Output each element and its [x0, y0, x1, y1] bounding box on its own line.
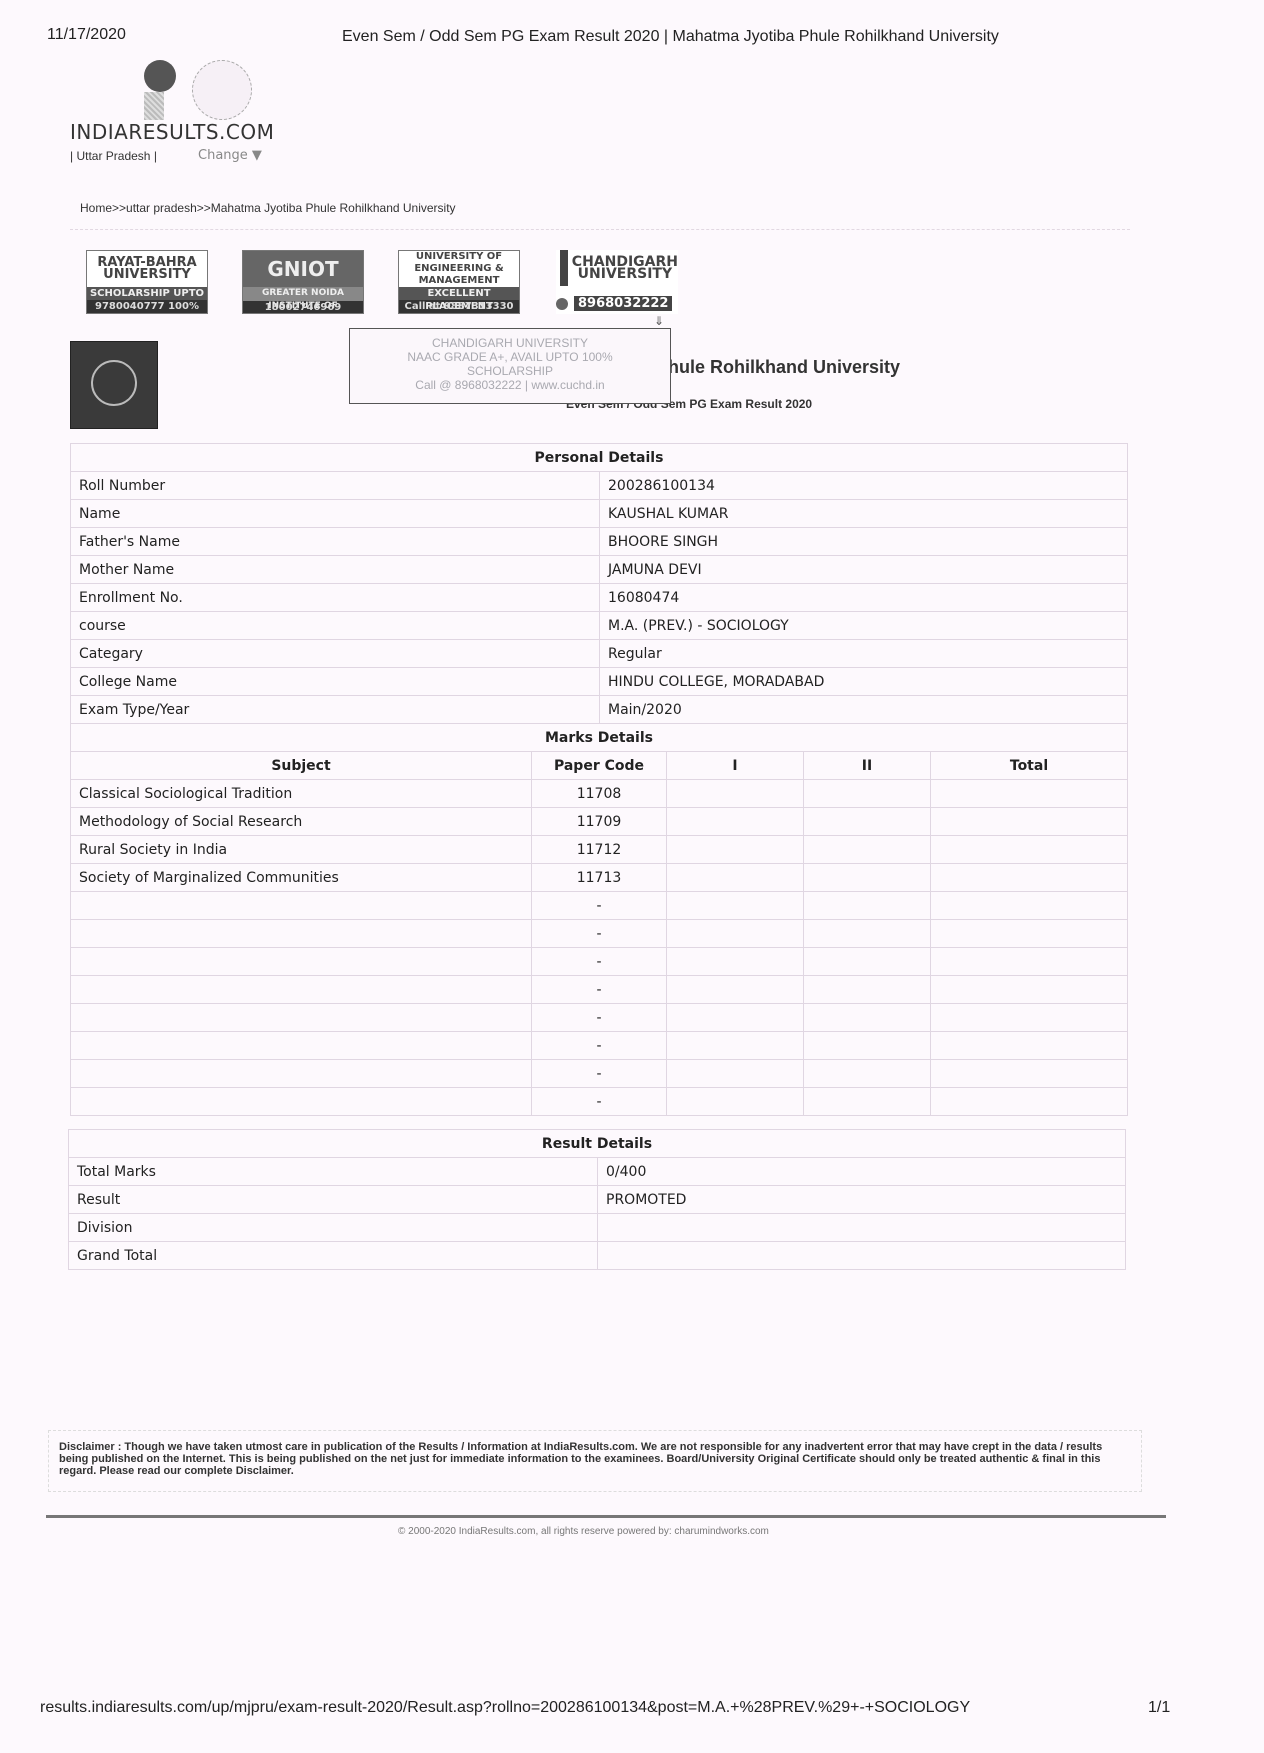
marks-ii-cell — [804, 864, 931, 892]
marks-total-cell — [931, 864, 1128, 892]
table-row: Division — [69, 1214, 1126, 1242]
table-row: College NameHINDU COLLEGE, MORADABAD — [71, 668, 1128, 696]
table-row: Exam Type/YearMain/2020 — [71, 696, 1128, 724]
logo-bar-icon — [144, 92, 164, 120]
table-row: Society of Marginalized Communities11713 — [71, 864, 1128, 892]
marks-total-cell — [931, 1060, 1128, 1088]
field-label: Grand Total — [69, 1242, 598, 1270]
paper-code-cell: 11713 — [532, 864, 667, 892]
tooltip-line: Call @ 8968032222 | www.cuchd.in — [350, 378, 670, 392]
phone-icon — [556, 298, 568, 310]
paper-code-cell: - — [532, 948, 667, 976]
ad-banner-gniot[interactable]: GNIOT GREATER NOIDA INSTITUTE OF TECHNOL… — [242, 250, 364, 314]
marks-i-cell — [667, 808, 804, 836]
marks-i-cell — [667, 1004, 804, 1032]
table-row: Classical Sociological Tradition11708 — [71, 780, 1128, 808]
marks-i-cell — [667, 892, 804, 920]
field-value: Regular — [600, 640, 1128, 668]
table-row: Total Marks0/400 — [69, 1158, 1126, 1186]
table-row: Roll Number200286100134 — [71, 472, 1128, 500]
breadcrumb: Home>>uttar pradesh>>Mahatma Jyotiba Phu… — [80, 201, 456, 215]
disclaimer-box: Disclaimer : Though we have taken utmost… — [48, 1430, 1142, 1492]
paper-code-cell: 11709 — [532, 808, 667, 836]
disclaimer-link[interactable]: Disclaimer. — [236, 1465, 294, 1477]
breadcrumb-state[interactable]: uttar pradesh — [126, 201, 197, 215]
print-date: 11/17/2020 — [47, 26, 126, 44]
marks-ii-cell — [804, 1060, 931, 1088]
table-row: courseM.A. (PREV.) - SOCIOLOGY — [71, 612, 1128, 640]
field-value: Main/2020 — [600, 696, 1128, 724]
breadcrumb-home[interactable]: Home — [80, 201, 112, 215]
tooltip-arrow-icon: ⇓ — [654, 314, 664, 328]
marks-ii-cell — [804, 1032, 931, 1060]
field-value: HINDU COLLEGE, MORADABAD — [600, 668, 1128, 696]
indiaresults-logo[interactable]: INDIARESULTS.COM | Uttar Pradesh | Chang… — [66, 56, 266, 166]
field-label: Name — [71, 500, 600, 528]
tooltip-line: SCHOLARSHIP — [350, 364, 670, 378]
breadcrumb-separator: >> — [197, 201, 211, 215]
subject-cell — [71, 948, 532, 976]
breadcrumb-university[interactable]: Mahatma Jyotiba Phule Rohilkhand Univers… — [211, 201, 456, 215]
subject-cell — [71, 1032, 532, 1060]
ad-title: CHANDIGARH UNIVERSITY — [572, 256, 678, 280]
ad-tagline: GREATER NOIDA INSTITUTE OF TECHNOLOGY — [243, 287, 363, 301]
table-row: CategaryRegular — [71, 640, 1128, 668]
marks-i-cell — [667, 780, 804, 808]
column-header-i: I — [667, 752, 804, 780]
field-value: 16080474 — [600, 584, 1128, 612]
paper-code-cell: - — [532, 892, 667, 920]
paper-code-cell: - — [532, 1060, 667, 1088]
divider — [70, 229, 1130, 230]
subject-cell: Methodology of Social Research — [71, 808, 532, 836]
logo-dot-icon — [144, 60, 176, 92]
footer-divider — [46, 1515, 1166, 1518]
table-row: - — [71, 1004, 1128, 1032]
subject-cell — [71, 1004, 532, 1032]
section-title: Result Details — [69, 1130, 1126, 1158]
ad-phone: Call at 9887313330 — [399, 300, 519, 314]
tooltip-line: CHANDIGARH UNIVERSITY — [350, 336, 670, 350]
ad-phone: 18002746969 — [243, 301, 363, 314]
column-header-ii: II — [804, 752, 931, 780]
marks-i-cell — [667, 920, 804, 948]
ad-title: UNIVERSITY OF ENGINEERING & MANAGEMENT — [399, 251, 519, 287]
marks-total-cell — [931, 780, 1128, 808]
subject-cell: Classical Sociological Tradition — [71, 780, 532, 808]
ad-phone: 9780040777 100% — [87, 300, 207, 314]
marks-ii-cell — [804, 976, 931, 1004]
marks-ii-cell — [804, 1004, 931, 1032]
field-label: Total Marks — [69, 1158, 598, 1186]
field-label: Mother Name — [71, 556, 600, 584]
marks-ii-cell — [804, 892, 931, 920]
table-row: NameKAUSHAL KUMAR — [71, 500, 1128, 528]
column-header-subject: Subject — [71, 752, 532, 780]
marks-total-cell — [931, 948, 1128, 976]
ad-banner-chandigarh-university[interactable]: CHANDIGARH UNIVERSITY 8968032222 — [556, 250, 678, 314]
subject-cell — [71, 892, 532, 920]
field-label: Roll Number — [71, 472, 600, 500]
paper-code-cell: 11712 — [532, 836, 667, 864]
marks-i-cell — [667, 1088, 804, 1116]
field-value: KAUSHAL KUMAR — [600, 500, 1128, 528]
uttar-pradesh-map-icon — [192, 60, 252, 120]
ad-tooltip: CHANDIGARH UNIVERSITY NAAC GRADE A+, AVA… — [349, 328, 671, 404]
tooltip-line: NAAC GRADE A+, AVAIL UPTO 100% — [350, 350, 670, 364]
field-label: Enrollment No. — [71, 584, 600, 612]
field-value: JAMUNA DEVI — [600, 556, 1128, 584]
table-row: - — [71, 1060, 1128, 1088]
field-label: Result — [69, 1186, 598, 1214]
field-label: course — [71, 612, 600, 640]
result-details-table: Result Details Total Marks0/400ResultPRO… — [68, 1129, 1126, 1270]
copyright-text: © 2000-2020 IndiaResults.com, all rights… — [398, 1526, 769, 1537]
paper-code-cell: - — [532, 1004, 667, 1032]
ad-banner-rayat-bahra[interactable]: RAYAT-BAHRA UNIVERSITY SCHOLARSHIP UPTO … — [86, 250, 208, 314]
field-value: 200286100134 — [600, 472, 1128, 500]
marks-total-cell — [931, 920, 1128, 948]
table-row: - — [71, 1088, 1128, 1116]
paper-code-cell: - — [532, 920, 667, 948]
wheel-icon — [91, 360, 137, 406]
university-heading: hule Rohilkhand University — [668, 357, 900, 378]
marks-total-cell — [931, 976, 1128, 1004]
marks-total-cell — [931, 808, 1128, 836]
field-label: Father's Name — [71, 528, 600, 556]
disclaimer-text: Disclaimer : Though we have taken utmost… — [59, 1441, 1102, 1477]
ad-title: RAYAT-BAHRA UNIVERSITY — [87, 251, 207, 287]
print-page-title: Even Sem / Odd Sem PG Exam Result 2020 |… — [342, 28, 999, 46]
table-row: - — [71, 920, 1128, 948]
ad-banner-uem[interactable]: UNIVERSITY OF ENGINEERING & MANAGEMENT E… — [398, 250, 520, 314]
marks-total-cell — [931, 1088, 1128, 1116]
table-row: Rural Society in India11712 — [71, 836, 1128, 864]
ad-tagline: SCHOLARSHIP UPTO — [87, 287, 207, 300]
table-row: - — [71, 948, 1128, 976]
marks-total-cell — [931, 836, 1128, 864]
marks-total-cell — [931, 892, 1128, 920]
column-header-paper-code: Paper Code — [532, 752, 667, 780]
state-label: | Uttar Pradesh | — [70, 149, 157, 163]
field-value — [598, 1214, 1126, 1242]
field-label: Division — [69, 1214, 598, 1242]
marks-ii-cell — [804, 948, 931, 976]
field-value — [598, 1242, 1126, 1270]
subject-cell: Rural Society in India — [71, 836, 532, 864]
column-header-total: Total — [931, 752, 1128, 780]
marks-ii-cell — [804, 920, 931, 948]
subject-cell — [71, 1088, 532, 1116]
marks-total-cell — [931, 1004, 1128, 1032]
paper-code-cell: - — [532, 1088, 667, 1116]
marks-i-cell — [667, 864, 804, 892]
paper-code-cell: - — [532, 1032, 667, 1060]
field-label: Categary — [71, 640, 600, 668]
field-value: PROMOTED — [598, 1186, 1126, 1214]
personal-details-table: Personal Details Roll Number200286100134… — [70, 443, 1128, 724]
table-row: Mother NameJAMUNA DEVI — [71, 556, 1128, 584]
subject-cell — [71, 1060, 532, 1088]
print-page-number: 1/1 — [1148, 1699, 1170, 1717]
subject-cell — [71, 976, 532, 1004]
print-url: results.indiaresults.com/up/mjpru/exam-r… — [40, 1699, 970, 1717]
change-state-dropdown[interactable]: Change ▼ — [198, 148, 262, 163]
table-row: Methodology of Social Research11709 — [71, 808, 1128, 836]
field-value: M.A. (PREV.) - SOCIOLOGY — [600, 612, 1128, 640]
field-label: College Name — [71, 668, 600, 696]
marks-i-cell — [667, 948, 804, 976]
marks-i-cell — [667, 976, 804, 1004]
subject-cell: Society of Marginalized Communities — [71, 864, 532, 892]
logo-text: INDIARESULTS.COM — [70, 120, 274, 144]
marks-i-cell — [667, 1032, 804, 1060]
table-row: - — [71, 1032, 1128, 1060]
marks-ii-cell — [804, 780, 931, 808]
paper-code-cell: 11708 — [532, 780, 667, 808]
ad-phone: 8968032222 — [574, 296, 672, 311]
university-emblem — [70, 341, 158, 429]
table-row: Grand Total — [69, 1242, 1126, 1270]
table-row: - — [71, 976, 1128, 1004]
subject-cell — [71, 920, 532, 948]
field-value: 0/400 — [598, 1158, 1126, 1186]
breadcrumb-separator: >> — [112, 201, 126, 215]
marks-details-table: Marks Details Subject Paper Code I II To… — [70, 723, 1128, 1116]
ad-tagline: EXCELLENT PLACEMENT — [399, 287, 519, 300]
marks-ii-cell — [804, 836, 931, 864]
table-row: ResultPROMOTED — [69, 1186, 1126, 1214]
marks-i-cell — [667, 1060, 804, 1088]
paper-code-cell: - — [532, 976, 667, 1004]
field-value: BHOORE SINGH — [600, 528, 1128, 556]
table-row: - — [71, 892, 1128, 920]
section-title: Marks Details — [71, 724, 1128, 752]
field-label: Exam Type/Year — [71, 696, 600, 724]
section-title: Personal Details — [71, 444, 1128, 472]
marks-total-cell — [931, 1032, 1128, 1060]
marks-ii-cell — [804, 1088, 931, 1116]
marks-ii-cell — [804, 808, 931, 836]
marks-i-cell — [667, 836, 804, 864]
table-row: Father's NameBHOORE SINGH — [71, 528, 1128, 556]
table-row: Enrollment No.16080474 — [71, 584, 1128, 612]
ad-title: GNIOT — [243, 251, 363, 287]
cu-logo-icon — [560, 250, 568, 286]
